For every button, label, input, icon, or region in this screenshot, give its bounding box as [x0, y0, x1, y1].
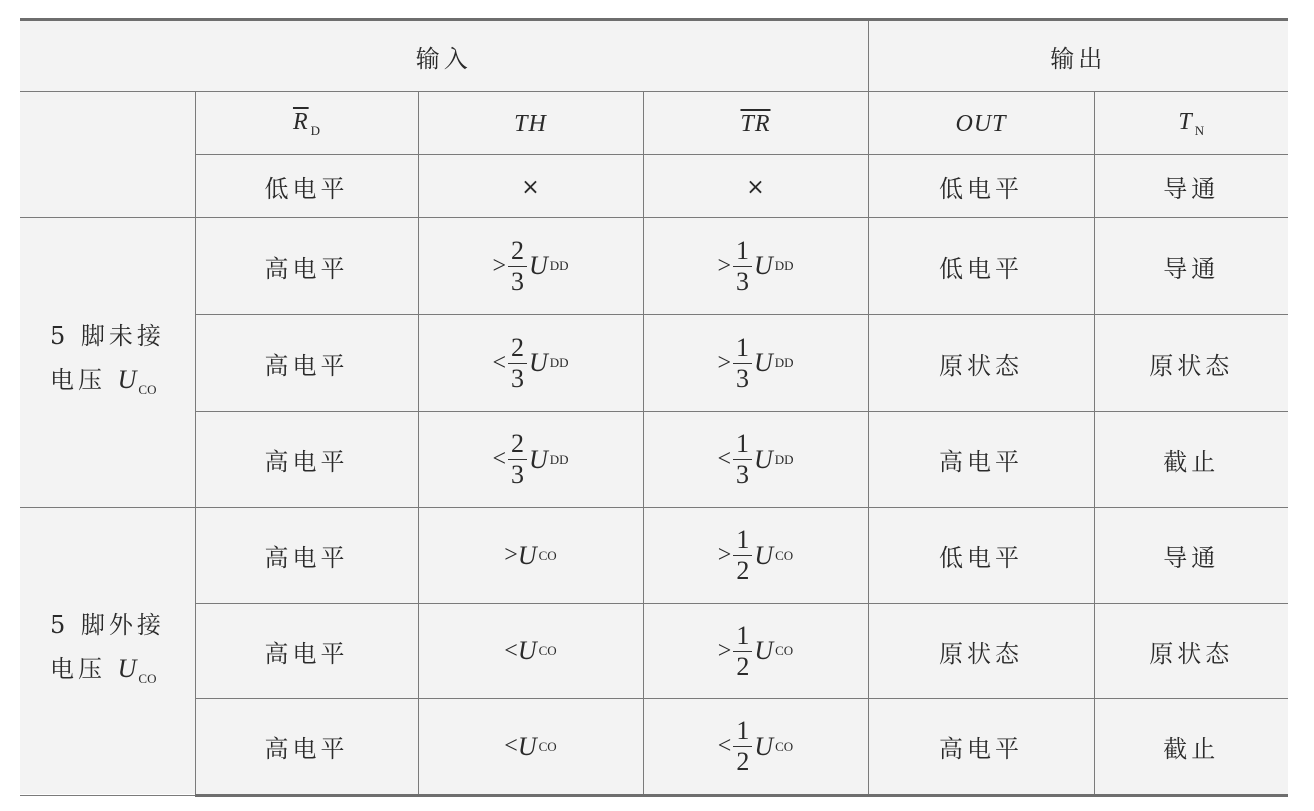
- cell-th: >UCO: [418, 508, 643, 604]
- col-header-tn: TN: [1094, 92, 1288, 155]
- table-row: 高电平 <23UDD >13UDD 原状态 原状态: [20, 315, 1288, 412]
- cell-tn: 导通: [1094, 508, 1288, 604]
- table-row: 高电平 <23UDD <13UDD 高电平 截止: [20, 412, 1288, 508]
- group-label-pin5-external: 5 脚外接 电压 UCO: [20, 508, 195, 796]
- group-header-row: 输入 输出: [20, 20, 1288, 92]
- table-row: 高电平 <UCO >12UCO 原状态 原状态: [20, 604, 1288, 699]
- cell-tr: >12UCO: [643, 508, 868, 604]
- cell-rd: 高电平: [195, 604, 418, 699]
- col-header-out: OUT: [868, 92, 1094, 155]
- cell-tn: 截止: [1094, 699, 1288, 796]
- cell-rd: 高电平: [195, 412, 418, 508]
- cell-out: 低电平: [868, 508, 1094, 604]
- table-row: 5 脚未接 电压 UCO 高电平 >23UDD >13UDD 低电平 导通: [20, 218, 1288, 315]
- output-group-header: 输出: [868, 20, 1288, 92]
- cell-out: 原状态: [868, 315, 1094, 412]
- cell-tr: >12UCO: [643, 604, 868, 699]
- cell-tn: 导通: [1094, 218, 1288, 315]
- cell-th: <UCO: [418, 699, 643, 796]
- cell-tr: <12UCO: [643, 699, 868, 796]
- table-row: 低电平 × × 低电平 导通: [20, 155, 1288, 218]
- truth-table-555: 输入 输出 RD TH TR OUT TN 低电平 × × 低电平 导通 5 脚…: [20, 18, 1288, 797]
- cell-rd: 低电平: [195, 155, 418, 218]
- cell-th: ×: [418, 155, 643, 218]
- col-header-tr: TR: [643, 92, 868, 155]
- col-header-rd: RD: [195, 92, 418, 155]
- cell-rd: 高电平: [195, 508, 418, 604]
- empty-corner-cell: [20, 92, 195, 218]
- cell-th: >23UDD: [418, 218, 643, 315]
- cell-rd: 高电平: [195, 218, 418, 315]
- cell-tn: 原状态: [1094, 604, 1288, 699]
- cell-tr: <13UDD: [643, 412, 868, 508]
- cell-th: <23UDD: [418, 412, 643, 508]
- cell-tr: >13UDD: [643, 315, 868, 412]
- cell-out: 高电平: [868, 412, 1094, 508]
- col-header-th: TH: [418, 92, 643, 155]
- cell-tn: 导通: [1094, 155, 1288, 218]
- cell-tn: 原状态: [1094, 315, 1288, 412]
- table-row: 5 脚外接 电压 UCO 高电平 >UCO >12UCO 低电平 导通: [20, 508, 1288, 604]
- cell-th: <UCO: [418, 604, 643, 699]
- cell-th: <23UDD: [418, 315, 643, 412]
- cell-rd: 高电平: [195, 315, 418, 412]
- group-label-pin5-unconnected: 5 脚未接 电压 UCO: [20, 218, 195, 508]
- cell-out: 高电平: [868, 699, 1094, 796]
- cell-tr: >13UDD: [643, 218, 868, 315]
- cell-tr: ×: [643, 155, 868, 218]
- table-row: 高电平 <UCO <12UCO 高电平 截止: [20, 699, 1288, 796]
- cell-rd: 高电平: [195, 699, 418, 796]
- cell-out: 低电平: [868, 218, 1094, 315]
- cell-out: 原状态: [868, 604, 1094, 699]
- input-group-header: 输入: [20, 20, 868, 92]
- cell-out: 低电平: [868, 155, 1094, 218]
- column-header-row: RD TH TR OUT TN: [20, 92, 1288, 155]
- cell-tn: 截止: [1094, 412, 1288, 508]
